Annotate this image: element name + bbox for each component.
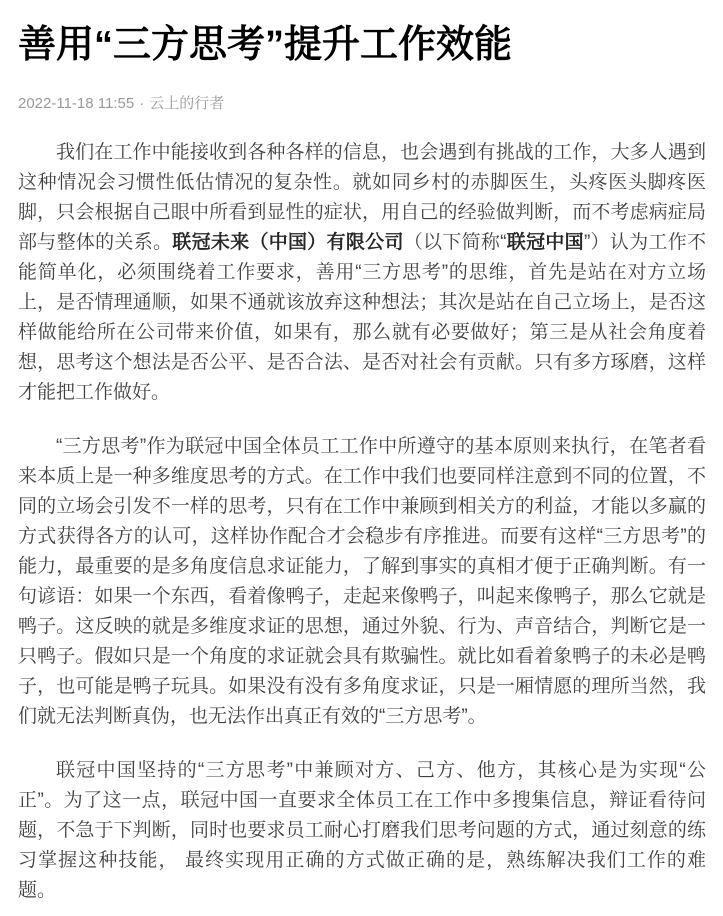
- article-meta: 2022-11-18 11:55·云上的行者: [18, 94, 706, 114]
- meta-separator: ·: [139, 95, 144, 112]
- body-text: ”）认为工作不能简单化，必须围绕着工作要求，善用“三方思考”的思维，首先是站在对…: [18, 232, 706, 403]
- body-text: “三方思考”作为联冠中国全体员工工作中所遵守的基本原则来执行，在笔者看来本质上是…: [18, 436, 706, 727]
- body-text: 联冠中国坚持的“三方思考”中兼顾对方、己方、他方，其核心是为实现“公正”。为了这…: [18, 760, 706, 901]
- page-title: 善用“三方思考”提升工作效能: [18, 22, 706, 70]
- article-page: 善用“三方思考”提升工作效能 2022-11-18 11:55·云上的行者 我们…: [0, 0, 723, 916]
- author-name: 云上的行者: [149, 95, 224, 112]
- article-body: 我们在工作中能接收到各种各样的信息，也会遇到有挑战的工作，大多人遇到这种情况会习…: [18, 138, 706, 906]
- paragraph-2: “三方思考”作为联冠中国全体员工工作中所遵守的基本原则来执行，在笔者看来本质上是…: [18, 432, 706, 732]
- paragraph-3: 联冠中国坚持的“三方思考”中兼顾对方、己方、他方，其核心是为实现“公正”。为了这…: [18, 756, 706, 906]
- emphasis-text: 联冠未来（中国）有限公司: [172, 232, 403, 253]
- emphasis-text: 联冠中国: [507, 232, 584, 253]
- body-text: （以下简称“: [404, 232, 507, 253]
- publish-datetime: 2022-11-18 11:55: [18, 95, 134, 112]
- paragraph-1: 我们在工作中能接收到各种各样的信息，也会遇到有挑战的工作，大多人遇到这种情况会习…: [18, 138, 706, 408]
